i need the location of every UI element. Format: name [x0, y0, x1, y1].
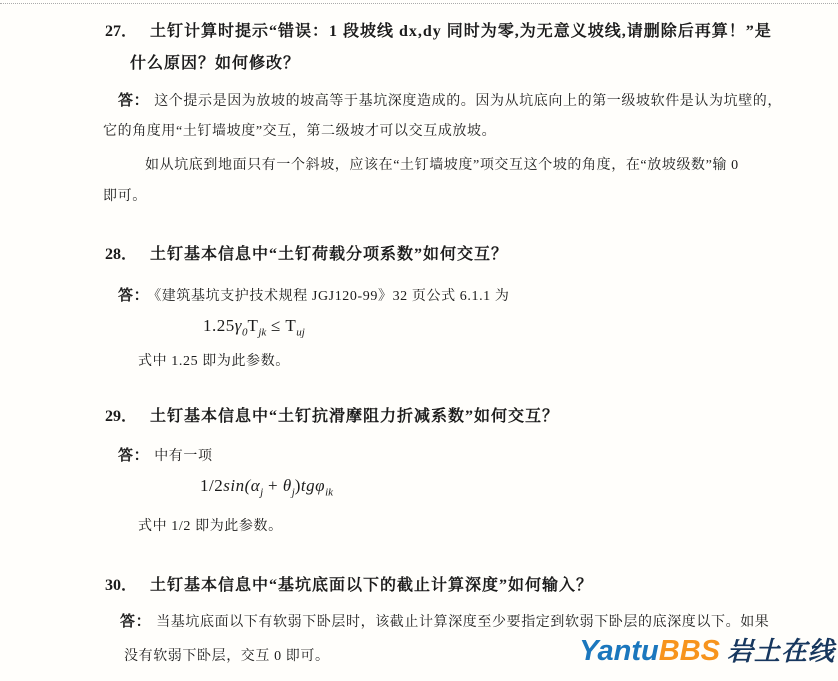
q30-answer-label: 答： — [120, 614, 151, 630]
q27-answer-line4: 即可。 — [103, 187, 147, 207]
q28-answer-text1: 《建筑基坑支护技术规程 JGJ120-99》32 页公式 6.1.1 为 — [154, 289, 509, 304]
formula29-tg-function: tg — [301, 476, 315, 495]
formula29-theta-symbol: θ — [283, 476, 292, 495]
q29-answer-line2: 式中 1/2 即为此参数。 — [138, 517, 283, 537]
logo-bbs-text: BBS — [659, 636, 720, 666]
q29-answer-label: 答： — [118, 448, 149, 464]
page-top-dotted-divider — [0, 3, 838, 4]
logo-yantu-text: Yantu — [579, 636, 658, 666]
formula29-phi-subscript: ik — [325, 486, 333, 498]
formula29-plus-symbol: + — [263, 476, 283, 495]
q27-answer-text2: 它的角度用“土钉墙坡度”交互，第二级坡才可以交互成放坡。 — [103, 124, 496, 139]
q29-formula: 1/2sin(αj + θj)tgφik — [200, 474, 333, 504]
q27-number: 27． — [105, 22, 150, 42]
q29-heading: 29．土钉基本信息中“土钉抗滑摩阻力折减系数”如何交互？ — [105, 407, 559, 427]
q27-heading-line2: 什么原因？如何修改？ — [130, 54, 300, 74]
q27-answer-line2: 它的角度用“土钉墙坡度”交互，第二级坡才可以交互成放坡。 — [103, 122, 496, 142]
q27-title-line2: 什么原因？如何修改？ — [130, 55, 300, 72]
q30-heading: 30．土钉基本信息中“基坑底面以下的截止计算深度”如何输入？ — [105, 576, 593, 596]
q29-title: 土钉基本信息中“土钉抗滑摩阻力折减系数”如何交互？ — [150, 408, 559, 425]
formula28-relation-symbol: ≤ — [266, 316, 285, 335]
q27-answer-line1: 答：这个提示是因为放坡的坡高等于基坑深度造成的。因为从坑底向上的第一级坡软件是认… — [118, 91, 782, 112]
document-page: 27．土钉计算时提示“错误：1 段坡线 dx,dy 同时为零,为无意义坡线,请删… — [0, 0, 838, 681]
formula28-gamma-symbol: γ — [235, 316, 242, 335]
logo-chinese-text: 岩土在线 — [727, 636, 835, 666]
formula29-alpha-symbol: α — [251, 476, 260, 495]
q30-number: 30． — [105, 576, 150, 596]
q28-answer-line1: 答：《建筑基坑支护技术规程 JGJ120-99》32 页公式 6.1.1 为 — [118, 286, 509, 307]
q27-answer-line3: 如从坑底到地面只有一个斜坡，应该在“土钉墙坡度”项交互这个坡的角度，在“放坡级数… — [145, 156, 739, 176]
formula29-phi-symbol: φ — [315, 476, 325, 495]
q28-number: 28． — [105, 245, 150, 265]
formula28-T2-subscript: uj — [296, 326, 305, 338]
q28-heading: 28．土钉基本信息中“土钉荷载分项系数”如何交互？ — [105, 245, 508, 265]
q29-answer-text2: 式中 1/2 即为此参数。 — [138, 519, 283, 534]
q29-answer-text1: 中有一项 — [154, 449, 212, 464]
q29-number: 29． — [105, 407, 150, 427]
formula29-sin-function: sin( — [223, 476, 251, 495]
formula28-coefficient: 1.25 — [203, 316, 235, 335]
q27-title-line1: 土钉计算时提示“错误：1 段坡线 dx,dy 同时为零,为无意义坡线,请删除后再… — [150, 23, 772, 40]
q30-answer-text2: 没有软弱下卧层，交互 0 即可。 — [124, 649, 330, 664]
q30-answer-line1: 答：当基坑底面以下有软弱下卧层时，该截止计算深度至少要指定到软弱下卧层的底深度以… — [120, 612, 769, 633]
q28-answer-line2: 式中 1.25 即为此参数。 — [138, 352, 290, 372]
q27-answer-text3: 如从坑底到地面只有一个斜坡，应该在“土钉墙坡度”项交互这个坡的角度，在“放坡级数… — [145, 158, 739, 173]
q28-formula: 1.25γ0Tjk ≤ Tuj — [203, 314, 305, 344]
q27-heading-line1: 27．土钉计算时提示“错误：1 段坡线 dx,dy 同时为零,为无意义坡线,请删… — [105, 22, 772, 42]
q30-title: 土钉基本信息中“基坑底面以下的截止计算深度”如何输入？ — [150, 577, 593, 594]
q27-answer-text1: 这个提示是因为放坡的坡高等于基坑深度造成的。因为从坑底向上的第一级坡软件是认为坑… — [154, 94, 782, 109]
formula28-T2-symbol: T — [285, 316, 296, 335]
q29-answer-line1: 答：中有一项 — [118, 446, 213, 467]
q27-answer-label: 答： — [118, 93, 149, 109]
q28-title: 土钉基本信息中“土钉荷载分项系数”如何交互？ — [150, 246, 508, 263]
q30-answer-line2: 没有软弱下卧层，交互 0 即可。 — [124, 647, 330, 667]
q30-answer-text1: 当基坑底面以下有软弱下卧层时，该截止计算深度至少要指定到软弱下卧层的底深度以下。… — [156, 615, 769, 630]
yantubbs-logo: YantuBBS岩土在线 — [579, 636, 835, 666]
q28-answer-text2: 式中 1.25 即为此参数。 — [138, 354, 290, 369]
formula28-T1-symbol: T — [247, 316, 258, 335]
q27-answer-text4: 即可。 — [103, 189, 147, 204]
q28-answer-label: 答： — [118, 288, 149, 304]
formula29-fraction: 1/2 — [200, 476, 223, 495]
